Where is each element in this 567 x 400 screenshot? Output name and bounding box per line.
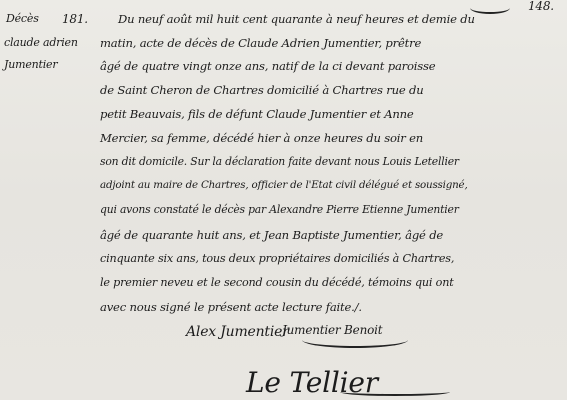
signature-flourish [302, 332, 408, 348]
text-line-8: adjoint au maire de Chartres, officier d… [100, 179, 468, 191]
text-line-6: Mercier, sa femme, décédé hier à onze he… [100, 131, 423, 145]
margin-note-surname: Jumentier [4, 58, 57, 71]
text-line-5: petit Beauvais, fils de défunt Claude Ju… [100, 107, 414, 121]
text-line-12: le premier neveu et le second cousin du … [100, 276, 454, 289]
document-page: 148. Décès 181. claude adrien Jumentier … [0, 0, 567, 400]
margin-note-type: Décès [6, 12, 39, 25]
signature-witness-1: Alex Jumentier [186, 324, 289, 340]
text-line-10: âgé de quarante huit ans, et Jean Baptis… [100, 228, 443, 242]
text-line-3: âgé de quatre vingt onze ans, natif de l… [100, 59, 435, 73]
margin-note-name: claude adrien [4, 36, 78, 49]
text-line-9: qui avons constaté le décès par Alexandr… [100, 203, 459, 216]
text-line-4: de Saint Cheron de Chartres domicilié à … [100, 83, 423, 97]
text-line-2: matin, acte de décès de Claude Adrien Ju… [100, 36, 421, 50]
entry-number: 181. [62, 12, 88, 26]
folio-flourish [470, 2, 510, 14]
officer-flourish [340, 388, 450, 396]
text-line-11: cinquante six ans, tous deux propriétair… [100, 252, 454, 265]
text-line-1: Du neuf août mil huit cent quarante à ne… [118, 12, 475, 26]
text-line-13: avec nous signé le présent acte lecture … [100, 300, 362, 314]
text-line-7: son dit domicile. Sur la déclaration fai… [100, 155, 459, 168]
folio-number: 148. [528, 0, 554, 13]
